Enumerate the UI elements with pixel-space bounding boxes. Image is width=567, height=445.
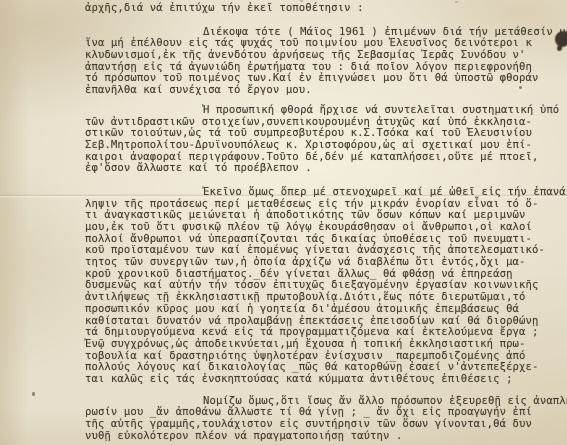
paragraph: Διέκοψα τότε ( Μάϊος 1961 ) ἐπιμένων διά… xyxy=(85,27,561,97)
paragraph: Ἡ προσωπική φθορά ἤρχισε νά συντελεῖται … xyxy=(85,105,561,175)
typewritten-text: ἀρχῆς,διά νά ἐπιτύχω τήν ἐκεῖ τοποθέτησι… xyxy=(85,3,561,442)
text-line: Ἐνῷ συγχρόνως,ὡς ἀποδεικνύεται,μή ἔχουσα… xyxy=(85,339,561,351)
text-line: κλυδωνισμοί,ἐκ τῆς ἀνενδότου ἀρνήσεως τῆ… xyxy=(85,50,561,62)
text-line: Ἐκεῖνο ὅμως ὅπερ μέ στενοχωρεῖ καί μέ ὠθ… xyxy=(85,187,561,199)
text-line: Ἡ προσωπική φθορά ἤρχισε νά συντελεῖται … xyxy=(85,105,561,117)
text-line: νυθῇ εὐκολότερον πλέον νά πραγματοποιήσῃ… xyxy=(85,431,561,443)
paragraph: ἀρχῆς,διά νά ἐπιτύχω τήν ἐκεῖ τοποθέτησι… xyxy=(85,3,561,15)
text-line: ἐπανῆλθα καί συνέχισα τό ἔργον μου. xyxy=(85,85,561,97)
text-line: τῆς αὐτῆς γραμμῆς,τουλάχιστον εἰς συντήρ… xyxy=(85,419,561,431)
text-line: μου,ἐκ τοῦ ὅτι φυσικῷ πλέον τῷ λόγῳ ἐκου… xyxy=(85,222,561,234)
text-line: ἐφ'ὅσον ἄλλωστε καί τό προέβλεπον . xyxy=(85,163,561,175)
text-line: Σεβ.Μητροπολίτου-Δρυϊνουπόλεως κ. Χριστο… xyxy=(85,140,561,152)
text-line: ἀρχῆς,διά νά ἐπιτύχω τήν ἐκεῖ τοποθέτησι… xyxy=(85,3,561,15)
paragraph: Ἐκεῖνο ὅμως ὅπερ μέ στενοχωρεῖ καί μέ ὠθ… xyxy=(85,187,561,386)
text-line: τητος τῶν συνεργιῶν των,ἡ ὁποία ἀρχίζω ν… xyxy=(85,257,561,269)
text-line: προσωπικόν κῦρος μου καί ἡ γοητεία δι'ἀμ… xyxy=(85,304,561,316)
stray-dot xyxy=(32,392,35,396)
document-page: ἀρχῆς,διά νά ἐπιτύχω τήν ἐκεῖ τοποθέτησι… xyxy=(0,0,567,445)
paragraph: Νομίζω ὅμως,ὅτι ἴσως ἄν ἄλλο πρόσωπον ἐξ… xyxy=(85,396,561,443)
text-line: ται καλῶς εἰς τάς ἐνσκηπτούσας κατά κύμμ… xyxy=(85,374,561,386)
